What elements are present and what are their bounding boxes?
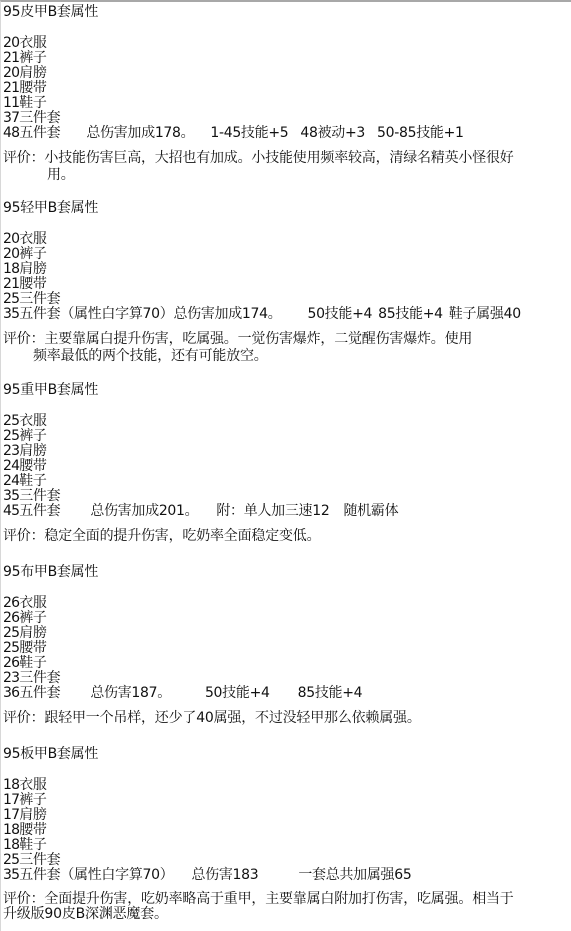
item-label: 腰带 — [19, 640, 46, 656]
list-item: 24鞋子 — [3, 474, 568, 489]
item-value: 24 — [3, 473, 19, 489]
item-value: 18 — [3, 261, 19, 277]
item-label: 五件套 — [19, 685, 60, 701]
list-item: 17裤子 — [3, 793, 568, 808]
list-item: 25三件套 — [3, 292, 568, 307]
list-item: 24腰带 — [3, 459, 568, 474]
item-label: 五件套 — [19, 503, 60, 519]
list-item: 25衣服 — [3, 414, 568, 429]
item-label: 肩膀 — [19, 443, 46, 459]
bonus-skill: 1-45技能+5 — [210, 125, 288, 141]
item-label: 裤子 — [19, 246, 46, 262]
section-title: 95轻甲B套属性 — [3, 199, 568, 218]
item-value: 25 — [3, 413, 19, 429]
item-label: 三件套 — [19, 110, 60, 126]
evaluation: 评价：主要靠属白提升伤害，吃属强。一觉伤害爆炸，二觉醒伤害爆炸。使用频率最低的两… — [3, 331, 568, 365]
attribute-list: 20衣服 21裤子 20肩膀 21腰带 11鞋子 37三件套 48五件套总伤害加… — [3, 36, 568, 141]
list-item-five-piece: 36五件套总伤害187。50技能+485技能+4 — [3, 686, 568, 701]
list-item: 21腰带 — [3, 81, 568, 96]
item-label: 腰带 — [19, 80, 46, 96]
list-item-five-piece: 35五件套（属性白字算70）总伤害183一套总共加属强65 — [3, 868, 568, 883]
evaluation: 评价：稳定全面的提升伤害，吃奶率全面稳定变低。 — [3, 528, 568, 545]
evaluation: 评价：小技能伤害巨高，大招也有加成。小技能使用频率较高，清绿名精英小怪很好用。 — [3, 150, 568, 184]
list-item: 26衣服 — [3, 596, 568, 611]
item-value: 36 — [3, 685, 19, 701]
item-label: 五件套 — [19, 125, 60, 141]
evaluation-text: 主要靠属白提升伤害，吃属强。一觉伤害爆炸，二觉醒伤害爆炸。使用 — [44, 331, 472, 347]
bonus-total: 总伤害加成178。 — [86, 125, 194, 141]
item-label: 三件套 — [19, 670, 60, 686]
section-leather: 95皮甲B套属性 20衣服 21裤子 20肩膀 21腰带 11鞋子 37三件套 … — [3, 3, 568, 184]
item-value: 45 — [3, 503, 19, 519]
bonus-element: 鞋子属强40 — [449, 306, 521, 322]
item-label: 衣服 — [19, 595, 46, 611]
bonus-skill: 50-85技能+1 — [377, 125, 464, 141]
attribute-list: 20衣服 20裤子 18肩膀 21腰带 25三件套 35五件套（属性白字算70）… — [3, 232, 568, 322]
item-label: 三件套 — [19, 291, 60, 307]
bonus-skill: 50技能+4 — [307, 306, 372, 322]
list-item: 23三件套 — [3, 671, 568, 686]
item-value: 21 — [3, 276, 19, 292]
item-value: 35 — [3, 488, 19, 504]
item-value: 37 — [3, 110, 19, 126]
section-plate: 95板甲B套属性 18衣服 17裤子 17肩膀 18腰带 18鞋子 25三件套 … — [3, 745, 568, 922]
evaluation-label: 评价： — [3, 710, 44, 726]
item-label: 三件套 — [19, 488, 60, 504]
item-label: 鞋子 — [19, 655, 46, 671]
item-label: 五件套（属性白字算70） — [19, 306, 173, 322]
item-label: 肩膀 — [19, 807, 46, 823]
evaluation-text: 稳定全面的提升伤害，吃奶率全面稳定变低。 — [44, 528, 320, 544]
evaluation-label: 评价： — [3, 150, 44, 166]
item-value: 25 — [3, 640, 19, 656]
attribute-list: 18衣服 17裤子 17肩膀 18腰带 18鞋子 25三件套 35五件套（属性白… — [3, 778, 568, 883]
item-value: 25 — [3, 625, 19, 641]
list-item: 20衣服 — [3, 36, 568, 51]
item-value: 26 — [3, 655, 19, 671]
bonus-total: 总伤害183 — [191, 867, 258, 883]
item-label: 衣服 — [19, 413, 46, 429]
item-label: 鞋子 — [19, 837, 46, 853]
section-title: 95板甲B套属性 — [3, 745, 568, 764]
list-item: 25三件套 — [3, 853, 568, 868]
item-label: 腰带 — [19, 458, 46, 474]
item-label: 裤子 — [19, 610, 46, 626]
bonus-superarmor: 随机霸体 — [343, 503, 398, 519]
item-value: 26 — [3, 595, 19, 611]
item-label: 衣服 — [19, 231, 46, 247]
item-value: 18 — [3, 822, 19, 838]
item-value: 17 — [3, 807, 19, 823]
list-item: 25腰带 — [3, 641, 568, 656]
item-value: 21 — [3, 50, 19, 66]
item-label: 肩膀 — [19, 65, 46, 81]
list-item: 21裤子 — [3, 51, 568, 66]
bonus-total: 总伤害加成174。 — [173, 306, 281, 322]
list-item: 25裤子 — [3, 429, 568, 444]
item-value: 18 — [3, 777, 19, 793]
item-label: 三件套 — [19, 852, 60, 868]
item-value: 21 — [3, 80, 19, 96]
evaluation-text-cont: 用。 — [3, 167, 568, 184]
evaluation-label: 评价： — [3, 331, 44, 347]
list-item: 23肩膀 — [3, 444, 568, 459]
list-item-five-piece: 45五件套总伤害加成201。附：单人加三速12随机霸体 — [3, 504, 568, 519]
list-item: 17肩膀 — [3, 808, 568, 823]
evaluation-text-cont: 升级版90皮B深渊恶魔套。 — [3, 907, 568, 922]
item-label: 衣服 — [19, 777, 46, 793]
section-title: 95皮甲B套属性 — [3, 3, 568, 22]
item-value: 18 — [3, 837, 19, 853]
item-label: 裤子 — [19, 50, 46, 66]
bonus-speed: 附：单人加三速12 — [216, 503, 329, 519]
list-item: 11鞋子 — [3, 96, 568, 111]
section-cloth: 95布甲B套属性 26衣服 26裤子 25肩膀 25腰带 26鞋子 23三件套 … — [3, 563, 568, 727]
bonus-skill: 85技能+4 — [378, 306, 443, 322]
item-label: 裤子 — [19, 428, 46, 444]
item-value: 24 — [3, 458, 19, 474]
item-value: 35 — [3, 867, 19, 883]
list-item: 25肩膀 — [3, 626, 568, 641]
item-value: 20 — [3, 35, 19, 51]
evaluation-label: 评价： — [3, 528, 44, 544]
section-title: 95重甲B套属性 — [3, 381, 568, 400]
list-item: 37三件套 — [3, 111, 568, 126]
section-title: 95布甲B套属性 — [3, 563, 568, 582]
list-item-five-piece: 35五件套（属性白字算70）总伤害加成174。50技能+485技能+4鞋子属强4… — [3, 307, 568, 322]
list-item: 26裤子 — [3, 611, 568, 626]
item-label: 鞋子 — [19, 473, 46, 489]
evaluation-label: 评价： — [3, 891, 44, 907]
item-value: 20 — [3, 231, 19, 247]
item-value: 48 — [3, 125, 19, 141]
list-item: 21腰带 — [3, 277, 568, 292]
list-item-five-piece: 48五件套总伤害加成178。1-45技能+548被动+350-85技能+1 — [3, 126, 568, 141]
list-item: 18鞋子 — [3, 838, 568, 853]
bonus-total: 总伤害187。 — [90, 685, 171, 701]
item-value: 25 — [3, 428, 19, 444]
evaluation-text-cont: 频率最低的两个技能，还有可能放空。 — [3, 348, 568, 365]
item-label: 肩膀 — [19, 261, 46, 277]
list-item: 35三件套 — [3, 489, 568, 504]
evaluation-text: 跟轻甲一个吊样，还少了40属强，不过没轻甲那么依赖属强。 — [44, 710, 420, 726]
item-value: 25 — [3, 852, 19, 868]
bonus-total: 总伤害加成201。 — [90, 503, 198, 519]
list-item: 20裤子 — [3, 247, 568, 262]
bonus-skill: 85技能+4 — [298, 685, 363, 701]
item-label: 肩膀 — [19, 625, 46, 641]
item-label: 裤子 — [19, 792, 46, 808]
item-value: 35 — [3, 306, 19, 322]
item-value: 26 — [3, 610, 19, 626]
evaluation: 评价：全面提升伤害，吃奶率略高于重甲，主要靠属白附加打伤害，吃属强。相当于升级版… — [3, 892, 568, 922]
attribute-list: 26衣服 26裤子 25肩膀 25腰带 26鞋子 23三件套 36五件套总伤害1… — [3, 596, 568, 701]
list-item: 26鞋子 — [3, 656, 568, 671]
bonus-element: 一套总共加属强65 — [298, 867, 411, 883]
bonus-passive: 48被动+3 — [300, 125, 365, 141]
item-value: 17 — [3, 792, 19, 808]
evaluation-text: 小技能伤害巨高，大招也有加成。小技能使用频率较高，清绿名精英小怪很好 — [44, 150, 513, 166]
item-label: 腰带 — [19, 276, 46, 292]
item-value: 23 — [3, 443, 19, 459]
list-item: 20衣服 — [3, 232, 568, 247]
item-value: 23 — [3, 670, 19, 686]
bonus-skill: 50技能+4 — [205, 685, 270, 701]
section-heavy: 95重甲B套属性 25衣服 25裤子 23肩膀 24腰带 24鞋子 35三件套 … — [3, 381, 568, 545]
item-label: 五件套（属性白字算70） — [19, 867, 173, 883]
item-value: 25 — [3, 291, 19, 307]
evaluation: 评价：跟轻甲一个吊样，还少了40属强，不过没轻甲那么依赖属强。 — [3, 710, 568, 727]
evaluation-text: 全面提升伤害，吃奶率略高于重甲，主要靠属白附加打伤害，吃属强。相当于 — [44, 891, 513, 907]
item-value: 20 — [3, 246, 19, 262]
item-label: 鞋子 — [19, 95, 46, 111]
attribute-list: 25衣服 25裤子 23肩膀 24腰带 24鞋子 35三件套 45五件套总伤害加… — [3, 414, 568, 519]
list-item: 20肩膀 — [3, 66, 568, 81]
item-label: 腰带 — [19, 822, 46, 838]
item-label: 衣服 — [19, 35, 46, 51]
list-item: 18腰带 — [3, 823, 568, 838]
list-item: 18肩膀 — [3, 262, 568, 277]
item-value: 11 — [3, 95, 19, 111]
item-value: 20 — [3, 65, 19, 81]
list-item: 18衣服 — [3, 778, 568, 793]
section-light: 95轻甲B套属性 20衣服 20裤子 18肩膀 21腰带 25三件套 35五件套… — [3, 199, 568, 365]
